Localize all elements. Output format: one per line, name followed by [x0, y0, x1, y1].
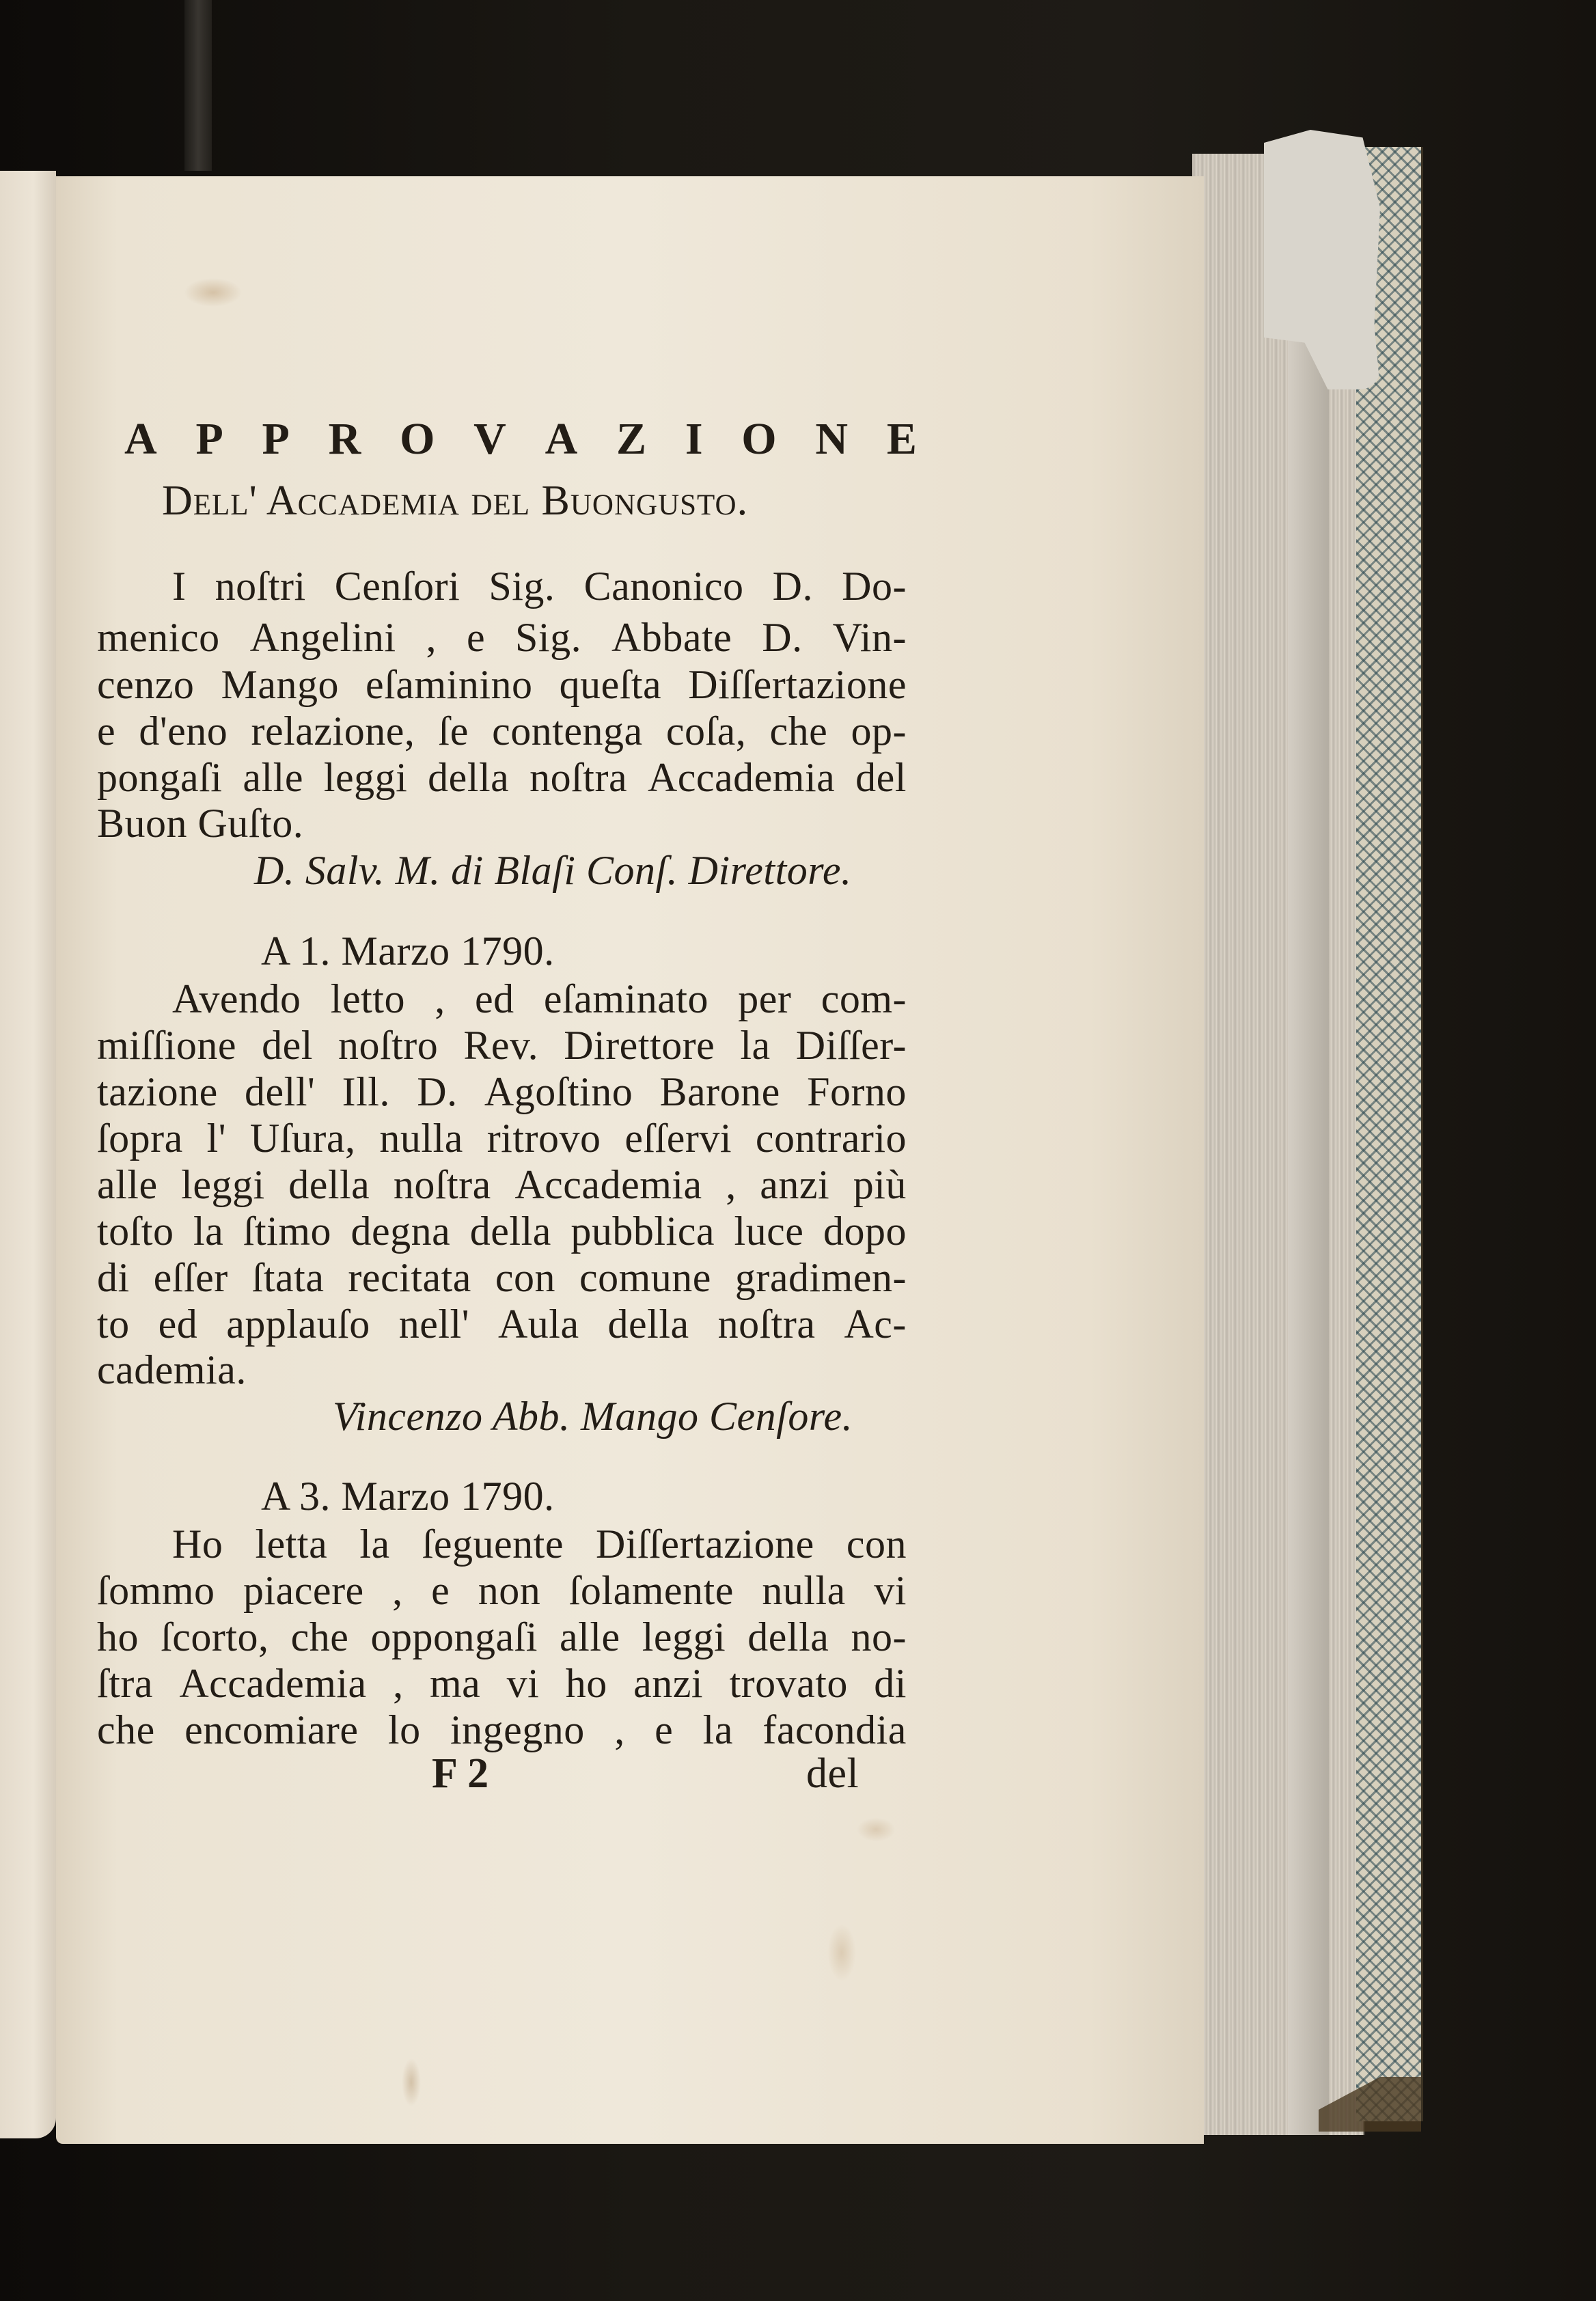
title-letter: P	[195, 417, 223, 462]
word: op-	[851, 711, 906, 752]
signature-mark: F 2	[432, 1752, 489, 1795]
word: Ill.	[342, 1071, 390, 1112]
word: ,	[435, 978, 445, 1019]
word: contrario	[756, 1118, 907, 1159]
word: D.	[417, 1071, 457, 1112]
word: Uſura,	[250, 1118, 356, 1159]
word: tazione	[97, 1071, 218, 1112]
text-line: HolettalaſeguenteDiſſertazionecon	[172, 1524, 907, 1565]
marbled-cover-edge	[1356, 147, 1423, 2121]
text-line: ſommopiacere,enonſolamentenullavi	[97, 1570, 907, 1611]
word: e	[467, 617, 485, 658]
word: del	[855, 757, 907, 798]
text-line: cenzoMangoeſamininoqueſtaDiſſertazione	[97, 664, 907, 705]
word: Accademia	[179, 1663, 366, 1704]
word: la	[740, 1025, 770, 1066]
word: dell'	[245, 1071, 315, 1112]
word: Do-	[842, 566, 907, 607]
word: Cenſori	[335, 566, 460, 607]
word: cenzo	[97, 664, 194, 705]
word: ritrovo	[487, 1118, 601, 1159]
word: eſſer	[154, 1257, 228, 1298]
word: encomiare	[184, 1709, 358, 1750]
word: Angelini	[250, 617, 396, 658]
word: della	[747, 1616, 829, 1657]
word: che	[291, 1616, 349, 1657]
word: nell'	[399, 1304, 469, 1345]
text-line: toedapplauſonell'AuladellanoſtraAc-	[97, 1304, 907, 1345]
word: della	[608, 1304, 689, 1345]
word: e	[431, 1570, 450, 1611]
word: Sig.	[489, 566, 555, 607]
word: la	[703, 1709, 733, 1750]
word: applauſo	[226, 1304, 370, 1345]
word: di	[97, 1257, 130, 1298]
word: Avendo	[172, 978, 301, 1019]
word: ſtimo	[243, 1211, 331, 1252]
word: letto	[331, 978, 405, 1019]
word: ſommo	[97, 1570, 215, 1611]
page-stack-shade	[1288, 154, 1329, 2135]
word: della	[288, 1164, 370, 1205]
word: alle	[243, 757, 303, 798]
word: ho	[97, 1616, 139, 1657]
word: eſaminato	[544, 978, 708, 1019]
word: noſtro	[338, 1025, 438, 1066]
word: I	[172, 566, 186, 607]
word: la	[193, 1211, 223, 1252]
word: Agoſtino	[484, 1071, 633, 1112]
title-letter: V	[473, 417, 506, 462]
word: leggi	[181, 1164, 264, 1205]
word: Sig.	[515, 617, 581, 658]
page-fore-edges	[1192, 154, 1364, 2135]
word: comune	[579, 1257, 711, 1298]
word: Vin-	[833, 617, 907, 658]
word: eſſervi	[624, 1118, 732, 1159]
word: Mango	[221, 664, 338, 705]
title-letter: N	[815, 417, 848, 462]
word: noſtri	[215, 566, 306, 607]
title-letter: A	[124, 417, 157, 462]
word: to	[97, 1304, 130, 1345]
word: vi	[874, 1570, 907, 1611]
text-line: alleleggidellanoſtraAccademia,anzipiù	[97, 1164, 907, 1205]
word: Ho	[172, 1524, 223, 1565]
word: Diſſer-	[796, 1025, 907, 1066]
word: noſtra	[394, 1164, 491, 1205]
word: D.	[762, 617, 802, 658]
left-cover-edge	[184, 0, 212, 171]
word: vi	[507, 1663, 540, 1704]
word: letta	[255, 1524, 327, 1565]
word: di	[874, 1663, 907, 1704]
text-line: tazionedell'Ill.D.AgoſtinoBaroneForno	[97, 1071, 907, 1112]
word: ſolamente	[569, 1570, 734, 1611]
word: Ac-	[844, 1304, 906, 1345]
word: ma	[430, 1663, 480, 1704]
word: della	[428, 757, 509, 798]
date-line: A 3. Marzo 1790.	[261, 1476, 555, 1517]
word: com-	[821, 978, 907, 1019]
word: Diſſertazione	[688, 664, 907, 705]
word: ,	[726, 1164, 737, 1205]
word: coſa,	[666, 711, 746, 752]
word: Direttore	[564, 1025, 715, 1066]
word: dopo	[823, 1211, 907, 1252]
word: noſtra	[718, 1304, 816, 1345]
word: noſtra	[529, 757, 627, 798]
director-signature: D. Salv. M. di Blaſi Conſ. Direttore.	[254, 850, 852, 891]
text-line: Avendoletto,edeſaminatopercom-	[172, 978, 907, 1019]
date-line: A 1. Marzo 1790.	[261, 931, 555, 972]
title-letter: I	[685, 417, 703, 462]
word: ,	[614, 1709, 625, 1750]
word: alle	[97, 1164, 158, 1205]
title-letter: P	[262, 417, 290, 462]
word: ſcorto,	[161, 1616, 269, 1657]
word: ſe	[439, 711, 469, 752]
word: la	[359, 1524, 389, 1565]
word: no-	[851, 1616, 906, 1657]
word: Rev.	[463, 1025, 538, 1066]
text-line: toſtolaſtimodegnadellapubblicalucedopo	[97, 1211, 907, 1252]
word: queſta	[560, 664, 662, 705]
text-line: cheencomiareloingegno,elafacondia	[97, 1709, 907, 1750]
word: Canonico	[584, 566, 744, 607]
title-letter: R	[329, 417, 361, 462]
word: leggi	[324, 757, 407, 798]
word: ſtra	[97, 1663, 153, 1704]
text-line: menicoAngelini,eSig.AbbateD.Vin-	[97, 617, 907, 658]
word: trovato	[729, 1663, 847, 1704]
word: relazione,	[251, 711, 415, 752]
word: e	[97, 711, 115, 752]
text-line: pongaſialleleggidellanoſtraAccademiadel	[97, 757, 907, 798]
word: per	[738, 978, 791, 1019]
word: con	[495, 1257, 555, 1298]
word: Barone	[660, 1071, 780, 1112]
text-line: cademia.	[97, 1349, 247, 1390]
word: toſto	[97, 1211, 174, 1252]
text-line: ed'enorelazione,ſecontengacoſa,cheop-	[97, 711, 907, 752]
page-title: A P P R O V A Z I O N E	[124, 417, 917, 462]
word: eſaminino	[366, 664, 532, 705]
title-letter: E	[887, 417, 917, 462]
word: con	[847, 1524, 907, 1565]
word: nulla	[762, 1570, 845, 1611]
title-letter: Z	[616, 417, 646, 462]
word: ,	[392, 1570, 403, 1611]
title-letter: O	[400, 417, 435, 462]
word: piacere	[243, 1570, 364, 1611]
word: oppongaſi	[370, 1616, 537, 1657]
word: anzi	[760, 1164, 829, 1205]
word: più	[853, 1164, 907, 1205]
word: miſſione	[97, 1025, 236, 1066]
left-page-edge	[0, 171, 56, 2138]
word: non	[478, 1570, 541, 1611]
word: e	[655, 1709, 673, 1750]
word: degna	[351, 1211, 451, 1252]
word: pubblica	[570, 1211, 715, 1252]
word: Accademia	[648, 757, 835, 798]
word: ,	[426, 617, 437, 658]
word: che	[769, 711, 827, 752]
word: alle	[560, 1616, 620, 1657]
word: lo	[388, 1709, 421, 1750]
page-subtitle: Dell' Accademia del Buongusto.	[162, 480, 748, 522]
text-line: hoſcorto,cheoppongaſialleleggidellano-	[97, 1616, 907, 1657]
word: ſopra	[97, 1118, 183, 1159]
word: facondia	[762, 1709, 907, 1750]
text-line: Buon Guſto.	[97, 803, 303, 844]
title-letter: O	[741, 417, 776, 462]
word: ho	[566, 1663, 607, 1704]
word: del	[262, 1025, 313, 1066]
word: D.	[773, 566, 813, 607]
word: Diſſertazione	[596, 1524, 814, 1565]
word: ingegno	[450, 1709, 585, 1750]
word: contenga	[492, 711, 643, 752]
text-line: ſtraAccademia,mavihoanzitrovatodi	[97, 1663, 907, 1704]
word: ,	[393, 1663, 404, 1704]
censor-signature: Vincenzo Abb. Mango Cenſore.	[333, 1396, 853, 1437]
word: luce	[734, 1211, 804, 1252]
word: pongaſi	[97, 757, 222, 798]
word: gradimen-	[735, 1257, 907, 1298]
word: l'	[207, 1118, 226, 1159]
text-line: miſſionedelnoſtroRev.DirettorelaDiſſer-	[97, 1025, 907, 1066]
catchword: del	[806, 1752, 859, 1795]
word: Aula	[498, 1304, 579, 1345]
text-line: ſopral'Uſura,nullaritrovoeſſervicontrari…	[97, 1118, 907, 1159]
word: menico	[97, 617, 220, 658]
title-letter: A	[545, 417, 578, 462]
word: Forno	[807, 1071, 907, 1112]
word: della	[470, 1211, 551, 1252]
word: nulla	[379, 1118, 463, 1159]
word: ſtata	[252, 1257, 325, 1298]
word: anzi	[633, 1663, 703, 1704]
word: ed	[475, 978, 514, 1019]
word: d'eno	[139, 711, 228, 752]
word: Accademia	[514, 1164, 702, 1205]
text-line: dieſſerſtatarecitataconcomunegradimen-	[97, 1257, 907, 1298]
word: Abbate	[611, 617, 732, 658]
word: che	[97, 1709, 155, 1750]
word: recitata	[348, 1257, 471, 1298]
word: ed	[159, 1304, 198, 1345]
word: ſeguente	[422, 1524, 564, 1565]
word: leggi	[642, 1616, 726, 1657]
text-line: InoſtriCenſoriSig.CanonicoD.Do-	[172, 566, 907, 607]
